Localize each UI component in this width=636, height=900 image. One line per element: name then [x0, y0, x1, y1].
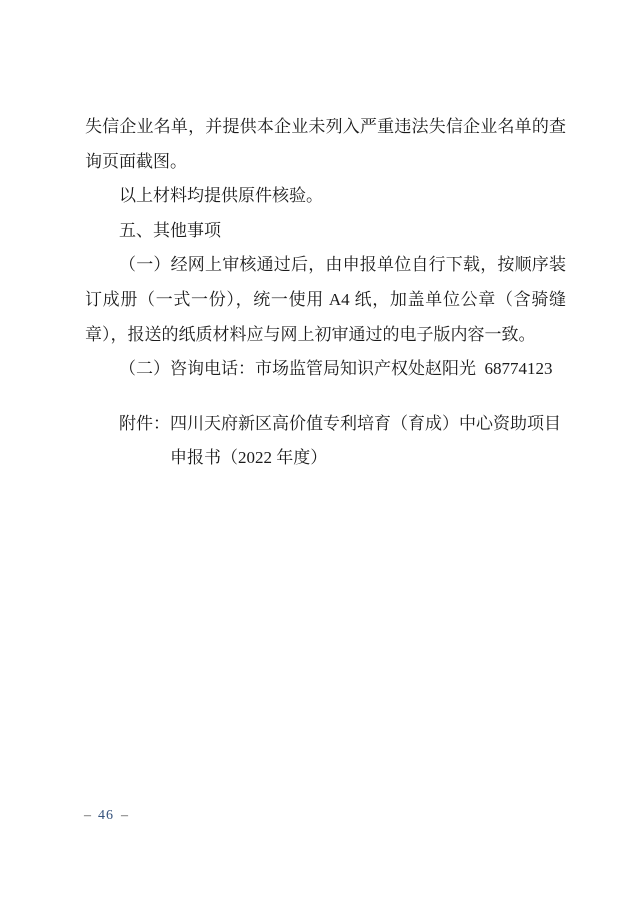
body-line-item-1: （一）经网上审核通过后，由申报单位自行下载，按顺序装: [85, 248, 566, 283]
document-body: 失信企业名单，并提供本企业未列入严重违法失信企业名单的查 询页面截图。 以上材料…: [85, 110, 566, 476]
body-line: 章），报送的纸质材料应与网上初审通过的电子版内容一致。: [85, 318, 566, 353]
footer-right-dash: –: [121, 808, 128, 823]
attachment-line-2: 申报书（2022 年度）: [85, 441, 566, 476]
section-heading-other-matters: 五、其他事项: [85, 214, 566, 249]
attachment-note: 附件：四川天府新区高价值专利培育（育成）中心资助项目 申报书（2022 年度）: [85, 407, 566, 476]
page-number: 46: [91, 808, 121, 823]
footer-left-dash: –: [84, 808, 91, 823]
attachment-line-1: 附件：四川天府新区高价值专利培育（育成）中心资助项目: [85, 407, 566, 442]
body-line-continuation: 失信企业名单，并提供本企业未列入严重违法失信企业名单的查: [85, 110, 566, 145]
body-line-contact-phone: （二）咨询电话：市场监管局知识产权处赵阳光 68774123: [85, 352, 566, 387]
body-line-original-verification: 以上材料均提供原件核验。: [85, 179, 566, 214]
body-line: 询页面截图。: [85, 145, 566, 180]
body-line: 订成册（一式一份），统一使用 A4 纸，加盖单位公章（含骑缝: [85, 283, 566, 318]
page-footer: –46–: [84, 805, 128, 827]
document-page: 失信企业名单，并提供本企业未列入严重违法失信企业名单的查 询页面截图。 以上材料…: [0, 0, 636, 900]
